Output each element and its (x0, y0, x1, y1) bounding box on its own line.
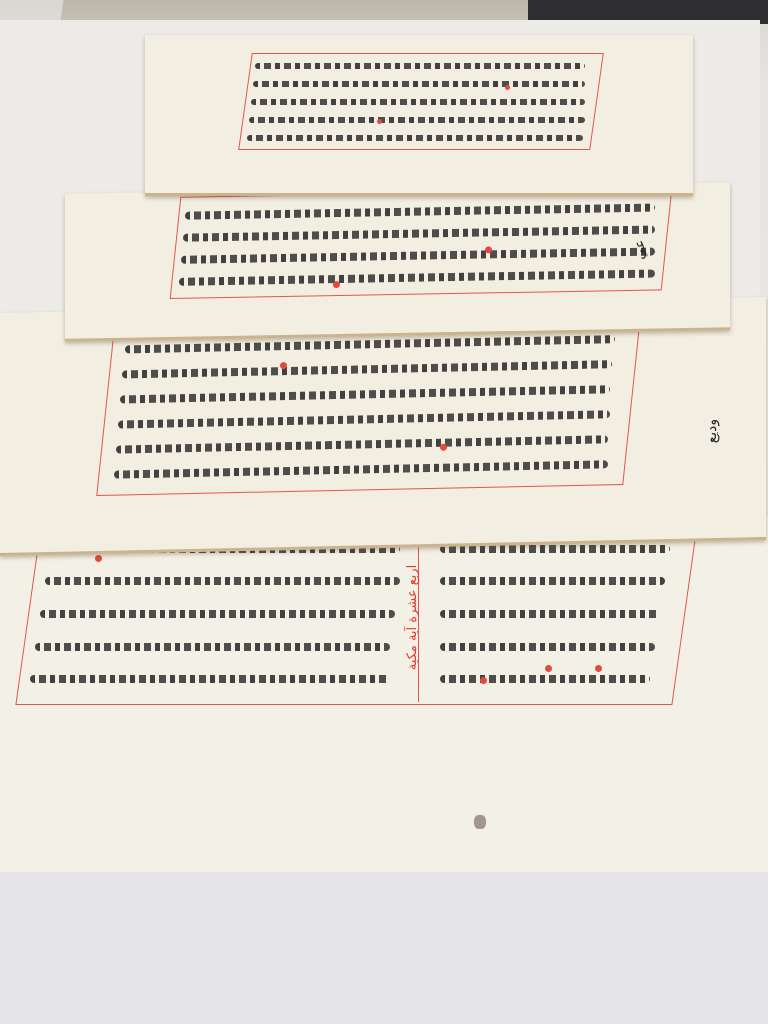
ink-stain (474, 815, 486, 829)
board-lower-area (0, 872, 768, 1024)
surah-heading: اربع عشرة آية مكية (405, 565, 420, 670)
manuscript-leaf-2: عي (65, 182, 730, 342)
manuscript-leaf-4: اربع عشرة آية مكية (0, 515, 768, 875)
catchword: وديع (704, 419, 720, 444)
manuscript-leaf-1 (145, 35, 693, 196)
catchword: عي (632, 240, 648, 260)
